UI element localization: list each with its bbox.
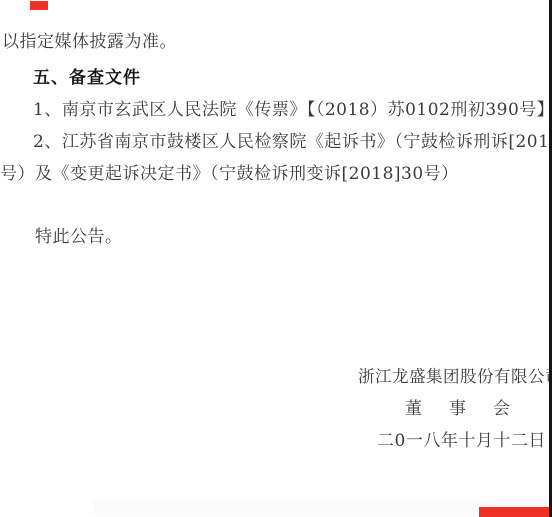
signature-date: 二0一八年十月十二日 bbox=[377, 432, 546, 451]
red-marker-top-left bbox=[30, 1, 48, 10]
section-heading: 五、备查文件 bbox=[33, 69, 141, 88]
reference-document-item-2: 2、江苏省南京市鼓楼区人民检察院《起诉书》（宁鼓检诉刑诉[2018]570 bbox=[33, 133, 552, 152]
closing-statement: 特此公告。 bbox=[35, 228, 123, 247]
signature-company-name: 浙江龙盛集团股份有限公司 bbox=[358, 367, 552, 386]
continuation-text: 以指定媒体披露为准。 bbox=[2, 33, 177, 52]
reference-document-item-1: 1、南京市玄武区人民法院《传票》【（2018）苏0102刑初390号】 bbox=[33, 101, 552, 120]
red-marker-bottom-right bbox=[479, 507, 552, 517]
reference-document-item-2-continuation: 号）及《变更起诉决定书》（宁鼓检诉刑变诉[2018]30号） bbox=[0, 165, 459, 184]
signature-board-of-directors: 董 事 会 bbox=[405, 400, 515, 419]
announcement-document-page: 以指定媒体披露为准。 五、备查文件 1、南京市玄武区人民法院《传票》【（2018… bbox=[0, 0, 552, 517]
